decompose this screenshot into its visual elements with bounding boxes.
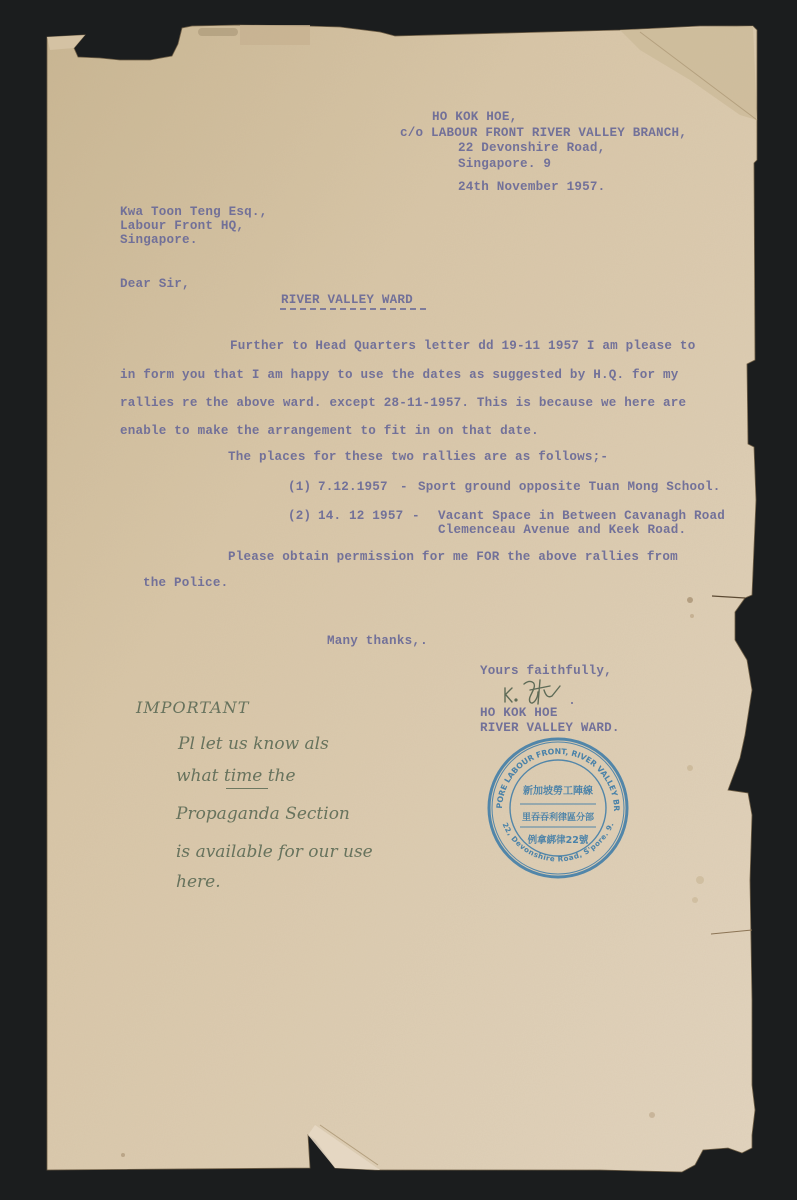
rally-place: Clemenceau Avenue and Keek Road.: [438, 523, 686, 537]
handwritten-line: here.: [176, 868, 221, 896]
body-line: Further to Head Quarters letter dd 19-11…: [230, 339, 695, 353]
rally-separator: -: [412, 509, 420, 523]
letter-page: HO KOK HOE, c/o LABOUR FRONT RIVER VALLE…: [0, 0, 797, 1200]
recipient-city: Singapore.: [120, 233, 198, 247]
branch-rubber-stamp: SINGAPORE LABOUR FRONT, RIVER VALLEY BRA…: [486, 736, 630, 880]
rallies-intro: The places for these two rallies are as …: [228, 450, 608, 464]
handwritten-line: Propaganda Section: [176, 800, 350, 828]
recipient-name: Kwa Toon Teng Esq.,: [120, 205, 267, 219]
subject-heading: RIVER VALLEY WARD: [281, 293, 413, 307]
sender-city: Singapore. 9: [458, 157, 551, 171]
stamp-center-line: 里吞吞利律區分部: [522, 811, 594, 823]
recipient-organization: Labour Front HQ,: [120, 219, 244, 233]
sender-care-of: c/o LABOUR FRONT RIVER VALLEY BRANCH,: [400, 126, 687, 140]
sender-street: 22 Devonshire Road,: [458, 141, 605, 155]
stamp-center-line: 例拿綁律22號: [528, 834, 589, 846]
rally-separator: -: [400, 480, 408, 494]
handwritten-line: is available for our use: [176, 838, 373, 866]
subject-underline: [280, 308, 426, 312]
stamp-center-line: 新加坡勞工陣線: [523, 784, 593, 797]
rally-date: 7.12.1957: [318, 480, 388, 494]
rally-place: Vacant Space in Between Cavanagh Road: [438, 509, 725, 523]
handwritten-line: what time the: [176, 762, 296, 790]
body-line: in form you that I am happy to use the d…: [120, 368, 679, 382]
handwritten-underline: [226, 788, 268, 789]
body-line: rallies re the above ward. except 28-11-…: [120, 396, 686, 410]
signatory-title: RIVER VALLEY WARD.: [480, 721, 620, 735]
rally-place: Sport ground opposite Tuan Mong School.: [418, 480, 721, 494]
body-line: Please obtain permission for me FOR the …: [228, 550, 678, 564]
body-line: enable to make the arrangement to fit in…: [120, 424, 539, 438]
handwritten-heading: IMPORTANT: [136, 694, 249, 722]
svg-text:SINGAPORE LABOUR FRONT, RIVER: SINGAPORE LABOUR FRONT, RIVER VALLEY BRA…: [486, 736, 621, 811]
stamp-ring-top-text: SINGAPORE LABOUR FRONT, RIVER VALLEY BRA…: [486, 736, 621, 811]
handwritten-line: Pl let us know als: [178, 730, 329, 758]
paper-sheet: [0, 0, 797, 1200]
letter-date: 24th November 1957.: [458, 180, 605, 194]
rally-number: (2): [288, 509, 311, 523]
closing-thanks: Many thanks,.: [327, 634, 428, 648]
rally-number: (1): [288, 480, 311, 494]
salutation: Dear Sir,: [120, 277, 190, 291]
sender-name: HO KOK HOE,: [432, 110, 517, 124]
rally-date: 14. 12 1957: [318, 509, 403, 523]
signatory-name: HO KOK HOE: [480, 706, 558, 720]
body-line: the Police.: [143, 576, 228, 590]
